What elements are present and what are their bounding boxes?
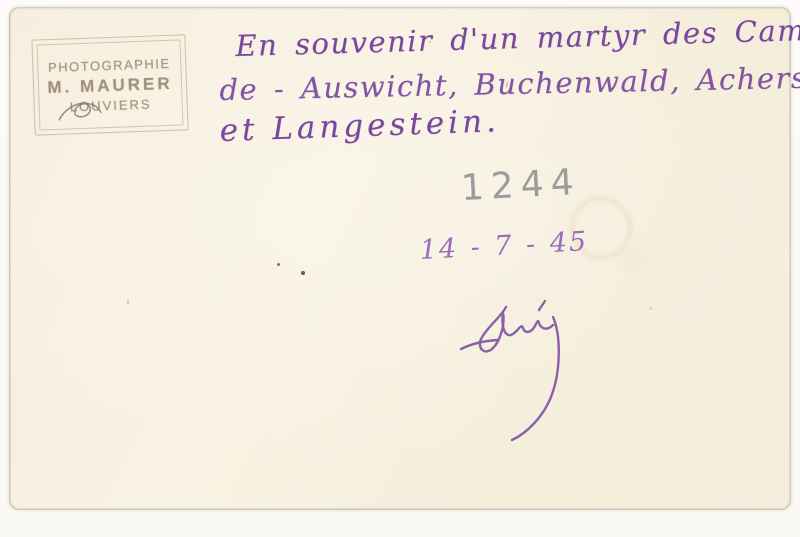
ink-speck bbox=[301, 271, 305, 275]
inscription-line-3: et Langestein. bbox=[219, 103, 500, 149]
signature-flourish bbox=[439, 287, 589, 447]
postcard-back: PHOTOGRAPHIE M. MAURER LOUVIERS En souve… bbox=[9, 7, 791, 510]
inscription-line-1: En souvenir d'un martyr des Camps bbox=[235, 12, 800, 63]
stamp-line-name: M. MAURER bbox=[47, 73, 173, 97]
faint-stain bbox=[607, 239, 659, 281]
photo-back-scan: PHOTOGRAPHIE M. MAURER LOUVIERS En souve… bbox=[0, 0, 800, 537]
faint-speck bbox=[127, 299, 129, 305]
date-inscription: 14 - 7 - 45 bbox=[419, 226, 589, 266]
ink-speck bbox=[277, 263, 280, 266]
inscription-line-2: de - Auswicht, Buchenwald, Achersleben bbox=[219, 59, 800, 107]
faint-speck bbox=[649, 307, 652, 310]
pencil-catalog-number: 1244 bbox=[460, 162, 582, 209]
photographer-stamp: PHOTOGRAPHIE M. MAURER LOUVIERS bbox=[31, 34, 188, 135]
stamp-line-photographie: PHOTOGRAPHIE bbox=[48, 55, 171, 74]
pencil-scribble bbox=[52, 94, 105, 126]
